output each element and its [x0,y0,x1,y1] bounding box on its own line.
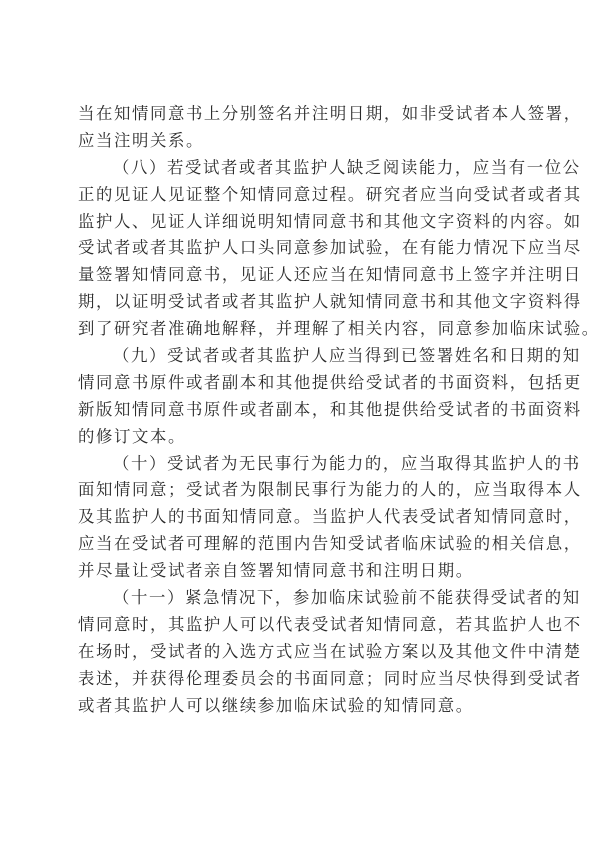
text-line: 新版知情同意书原件或者副本，和其他提供给受试者的书面资料 [78,397,518,424]
text-line: 正的见证人见证整个知情同意过程。研究者应当向受试者或者其 [78,182,518,209]
text-line: （八）若受试者或者其监护人缺乏阅读能力，应当有一位公 [78,155,518,182]
paragraph-item-9: （九）受试者或者其监护人应当得到已签署姓名和日期的知 情同意书原件或者副本和其他… [78,343,518,451]
text-line: 在场时，受试者的入选方式应当在试验方案以及其他文件中清楚 [78,639,518,666]
text-line: 应当在受试者可理解的范围内告知受试者临床试验的相关信息， [78,531,518,558]
text-line: 监护人、见证人详细说明知情同意书和其他文字资料的内容。如 [78,209,518,236]
document-page: 当在知情同意书上分别签名并注明日期，如非受试者本人签署， 应当注明关系。 （八）… [78,101,518,719]
text-line: 及其监护人的书面知情同意。当监护人代表受试者知情同意时， [78,504,518,531]
text-line: 情同意时，其监护人可以代表受试者知情同意，若其监护人也不 [78,612,518,639]
paragraph-continuation: 当在知情同意书上分别签名并注明日期，如非受试者本人签署， 应当注明关系。 [78,101,518,155]
text-line: 当在知情同意书上分别签名并注明日期，如非受试者本人签署， [78,101,518,128]
text-line: 应当注明关系。 [78,128,518,155]
text-line: 的修订文本。 [78,424,518,451]
text-line: 表述，并获得伦理委员会的书面同意；同时应当尽快得到受试者 [78,666,518,693]
text-line: （十）受试者为无民事行为能力的，应当取得其监护人的书 [78,451,518,478]
text-line: 到了研究者准确地解释，并理解了相关内容，同意参加临床试验。 [78,316,518,343]
text-line: （九）受试者或者其监护人应当得到已签署姓名和日期的知 [78,343,518,370]
paragraph-item-10: （十）受试者为无民事行为能力的，应当取得其监护人的书 面知情同意；受试者为限制民… [78,451,518,585]
text-line: 并尽量让受试者亲自签署知情同意书和注明日期。 [78,558,518,585]
text-line: 或者其监护人可以继续参加临床试验的知情同意。 [78,693,518,720]
text-line: 期，以证明受试者或者其监护人就知情同意书和其他文字资料得 [78,289,518,316]
text-line: 量签署知情同意书，见证人还应当在知情同意书上签字并注明日 [78,262,518,289]
paragraph-item-11: （十一）紧急情况下，参加临床试验前不能获得受试者的知 情同意时，其监护人可以代表… [78,585,518,719]
text-line: （十一）紧急情况下，参加临床试验前不能获得受试者的知 [78,585,518,612]
paragraph-item-8: （八）若受试者或者其监护人缺乏阅读能力，应当有一位公 正的见证人见证整个知情同意… [78,155,518,343]
text-line: 受试者或者其监护人口头同意参加试验，在有能力情况下应当尽 [78,235,518,262]
text-line: 情同意书原件或者副本和其他提供给受试者的书面资料，包括更 [78,370,518,397]
text-line: 面知情同意；受试者为限制民事行为能力的人的，应当取得本人 [78,477,518,504]
